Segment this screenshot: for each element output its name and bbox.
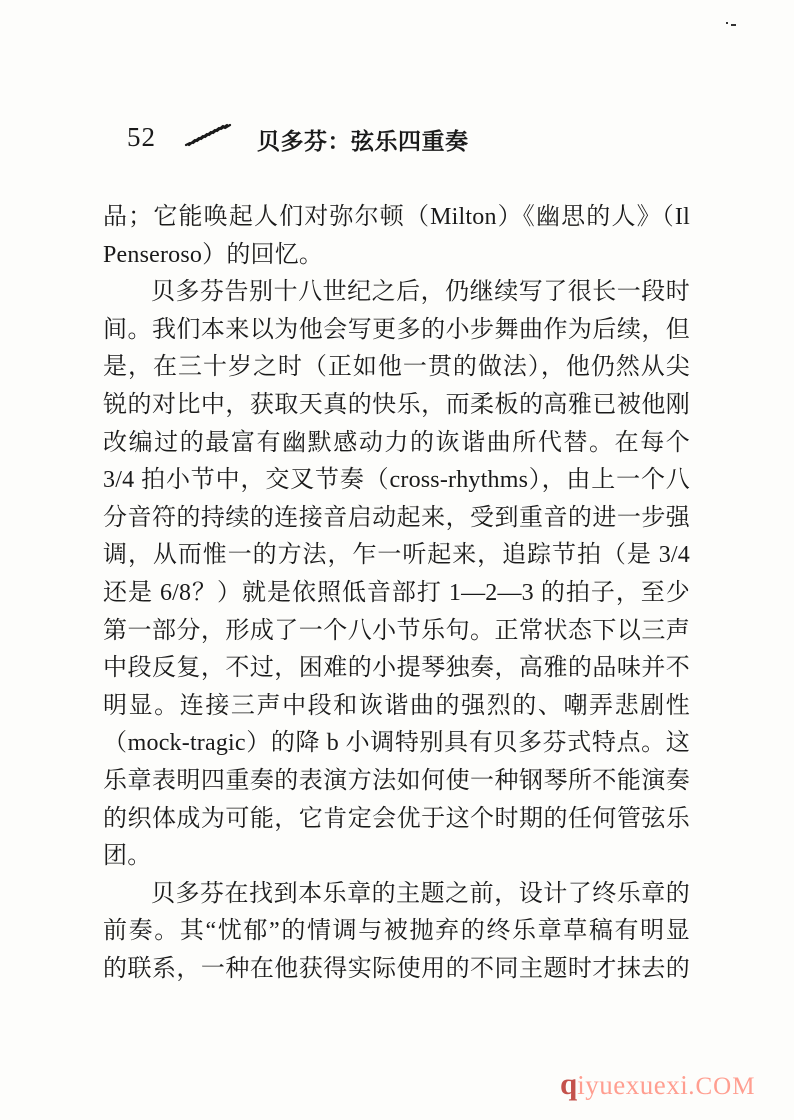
- text-line: 品；它能唤起人们对弥尔顿（Milton）《幽思的人》（Il: [103, 199, 690, 237]
- scan-artifact-speck: [726, 22, 736, 26]
- text-line: 团。: [103, 838, 690, 876]
- text-line: （mock-tragic）的降 b 小调特别具有贝多芬式特点。这个: [103, 725, 690, 763]
- watermark-tld: .COM: [688, 1073, 755, 1100]
- text-line: 明显。连接三声中段和诙谐曲的强烈的、嘲弄悲剧性: [103, 688, 690, 726]
- page-header: 52 贝多芬：弦乐四重奏: [0, 116, 794, 156]
- text-line: 3/4 拍小节中，交叉节奏（cross-rhythms），由上一个八: [103, 462, 690, 500]
- page-title: 贝多芬：弦乐四重奏: [257, 123, 469, 156]
- text-line: 贝多芬告别十八世纪之后，仍继续写了很长一段时: [103, 274, 690, 312]
- text-line: 贝多芬在找到本乐章的主题之前，设计了终乐章的: [103, 876, 690, 914]
- watermark-lead-letter: q: [560, 1066, 577, 1101]
- text-body: 品；它能唤起人们对弥尔顿（Milton）《幽思的人》（IlPenseroso）的…: [103, 199, 690, 988]
- text-line: 的织体成为可能，它肯定会优于这个时期的任何管弦乐: [103, 801, 690, 839]
- text-line: 还是 6/8？）就是依照低音部打 1—2—3 的拍子，至少在: [103, 575, 690, 613]
- watermark: qiyuexuexi.COM: [560, 1066, 770, 1102]
- text-line: 锐的对比中，获取天真的快乐，而柔板的高雅已被他刚: [103, 387, 690, 425]
- page-number: 52: [127, 122, 156, 153]
- pen-scribble-icon: [184, 122, 234, 153]
- text-line: 第一部分，形成了一个八小节乐句。正常状态下以三声: [103, 613, 690, 651]
- text-line: 中段反复，不过，困难的小提琴独奏，高雅的品味并不: [103, 650, 690, 688]
- text-line: 调，从而惟一的方法，乍一听起来，追踪节拍（是 3/4: [103, 537, 690, 575]
- watermark-site-name: iyuexuexi: [577, 1070, 688, 1100]
- text-line: Penseroso）的回忆。: [103, 237, 690, 275]
- text-line: 间。我们本来以为他会写更多的小步舞曲作为后续，但: [103, 312, 690, 350]
- text-line: 是，在三十岁之时（正如他一贯的做法），他仍然从尖: [103, 349, 690, 387]
- text-line: 改编过的最富有幽默感动力的诙谐曲所代替。在每个: [103, 425, 690, 463]
- text-line: 乐章表明四重奏的表演方法如何使一种钢琴所不能演奏: [103, 763, 690, 801]
- text-line: 分音符的持续的连接音启动起来，受到重音的进一步强: [103, 500, 690, 538]
- text-line: 的联系，一种在他获得实际使用的不同主题时才抹去的: [103, 951, 690, 989]
- text-line: 前奏。其“忧郁”的情调与被抛弃的终乐章草稿有明显: [103, 913, 690, 951]
